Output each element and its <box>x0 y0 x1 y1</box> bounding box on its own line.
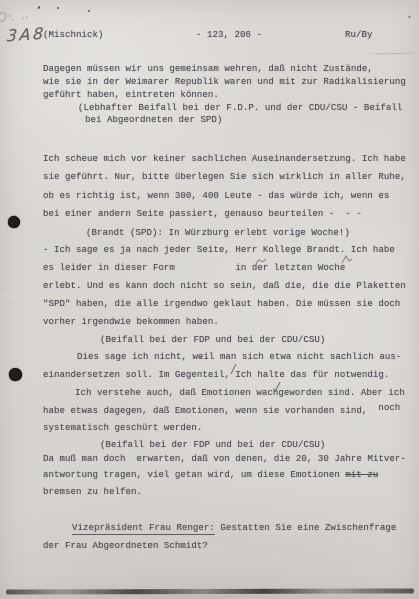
text-segment: es leider in dieser Form in der letzten … <box>43 262 345 273</box>
pencil-mark-woche-caret <box>341 254 353 265</box>
text-segment: - 123, 206 - <box>196 29 262 40</box>
text-line: Ich scheue mich vor keiner sachlichen Au… <box>43 154 406 164</box>
text-segment: habe etwas dagegen, daß Emotionen, wenn … <box>43 405 378 416</box>
text-segment: (Beifall bei der FDP und bei der CDU/CSU… <box>100 439 325 450</box>
text-line: es leider in dieser Form in der letzten … <box>43 263 345 273</box>
text-segment: erlebt. Und es kann doch nicht so sein, … <box>43 280 406 291</box>
text-segment: vorher irgendwie bekommen haben. <box>43 316 219 327</box>
text-segment: "SPD" haben, die alle irgendwo geklaut h… <box>43 298 400 309</box>
text-segment: (Brandt (SPD): In Würzburg erlebt vorige… <box>86 227 350 238</box>
text-segment: antwortung tragen, viel getan wird, um d… <box>43 469 345 480</box>
text-line: vorher irgendwie bekommen haben. <box>43 317 219 327</box>
text-line: einandersetzen soll. Im Gegenteil, Ich h… <box>43 370 389 380</box>
text-segment: bremsen zu helfen. <box>43 486 142 497</box>
text-segment: wie sie in der Weimarer Republik waren u… <box>43 76 406 87</box>
text-segment: der Frau Abgeordneten Schmidt? <box>43 540 208 551</box>
text-segment: Gestatten Sie eine Zwischenfrage <box>215 522 396 533</box>
text-line: der Frau Abgeordneten Schmidt? <box>43 541 208 551</box>
pencil-mark-der-overstrike <box>255 256 268 267</box>
text-segment: Ich scheue mich vor keiner sachlichen Au… <box>43 153 406 164</box>
text-line: Dagegen müssen wir uns gemeinsam wehren,… <box>43 64 373 74</box>
text-line: geführt haben, eintreten können. <box>43 90 219 100</box>
text-segment: (Mischnick) <box>43 29 103 40</box>
text-segment: mit zu <box>345 469 378 480</box>
punch-hole <box>8 367 23 382</box>
handwritten-corner-code: 3A8 <box>6 24 46 46</box>
text-segment: (Lebhafter Beifall bei der F.D.P. und de… <box>78 102 402 113</box>
text-line: - 123, 206 - <box>196 30 262 40</box>
text-segment: Dagegen müssen wir uns gemeinsam wehren,… <box>43 63 373 74</box>
dust-speck <box>57 7 59 9</box>
text-segment: Dies sage ich nicht, weil man sich etwa … <box>77 351 401 362</box>
text-line: bremsen zu helfen. <box>43 487 142 497</box>
text-segment: einandersetzen soll. Im Gegenteil, Ich h… <box>43 369 389 380</box>
text-line: ob es richtig ist, wenn 300, 400 Leute -… <box>43 191 389 201</box>
pencil-mark-wach-slash <box>273 381 282 393</box>
text-segment: (Beifall bei der FDP und bei der CDU/CSU… <box>100 334 325 345</box>
text-segment: noch <box>378 402 400 413</box>
text-line: Dies sage ich nicht, weil man sich etwa … <box>77 352 401 362</box>
text-line: "SPD" haben, die alle irgendwo geklaut h… <box>43 299 400 309</box>
text-line: wie sie in der Weimarer Republik waren u… <box>43 77 406 87</box>
text-line: (Mischnick) <box>43 30 103 40</box>
paper-crease <box>0 291 38 311</box>
text-line: bei einer andern Seite passiert, genauso… <box>43 209 362 219</box>
text-segment: sie geführt. Nur, bitte überlegen Sie si… <box>43 171 406 182</box>
text-segment: bei Abgeordneten der SPD) <box>85 114 222 125</box>
text-segment: Ru/By <box>345 29 373 40</box>
text-line: (Brandt (SPD): In Würzburg erlebt vorige… <box>86 228 350 238</box>
text-line: systematisch geschürt werden. <box>43 423 202 433</box>
text-line: (Lebhafter Beifall bei der F.D.P. und de… <box>78 103 402 113</box>
pencil-mark-ich-slash <box>229 363 238 375</box>
text-line: Da muß man doch erwarten, daß von denen,… <box>43 454 406 464</box>
dust-speck <box>37 6 40 10</box>
text-line: sie geführt. Nur, bitte überlegen Sie si… <box>43 172 406 182</box>
text-line: bei Abgeordneten der SPD) <box>85 115 222 125</box>
scanned-document-page: 3A8 (Mischnick)- 123, 206 -Ru/ByDagegen … <box>0 0 419 599</box>
punch-hole <box>7 215 21 229</box>
text-line: Ich verstehe auch, daß Emotionen wachgew… <box>75 388 405 398</box>
text-segment: Vizepräsident Frau Renger: <box>72 522 215 535</box>
scan-edge-strip <box>6 588 414 594</box>
text-line: Vizepräsident Frau Renger: Gestatten Sie… <box>72 523 396 533</box>
text-segment: Da muß man doch erwarten, daß von denen,… <box>43 453 406 464</box>
text-line: Ru/By <box>345 30 373 40</box>
text-segment: ob es richtig ist, wenn 300, 400 Leute -… <box>43 190 389 201</box>
text-segment: Ich verstehe auch, daß Emotionen wachgew… <box>75 387 405 398</box>
text-line: (Beifall bei der FDP und bei der CDU/CSU… <box>100 440 325 450</box>
dust-speck <box>408 15 412 18</box>
text-line: habe etwas dagegen, daß Emotionen, wenn … <box>43 406 400 416</box>
dust-speck <box>88 10 90 12</box>
text-segment: bei einer andern Seite passiert, genauso… <box>43 208 362 219</box>
text-line: (Beifall bei der FDP und bei der CDU/CSU… <box>100 335 325 345</box>
text-segment: geführt haben, eintreten können. <box>43 89 219 100</box>
text-segment: systematisch geschürt werden. <box>43 422 202 433</box>
text-line: antwortung tragen, viel getan wird, um d… <box>43 470 378 480</box>
paper-crease <box>368 53 418 55</box>
text-line: erlebt. Und es kann doch nicht so sein, … <box>43 281 406 291</box>
